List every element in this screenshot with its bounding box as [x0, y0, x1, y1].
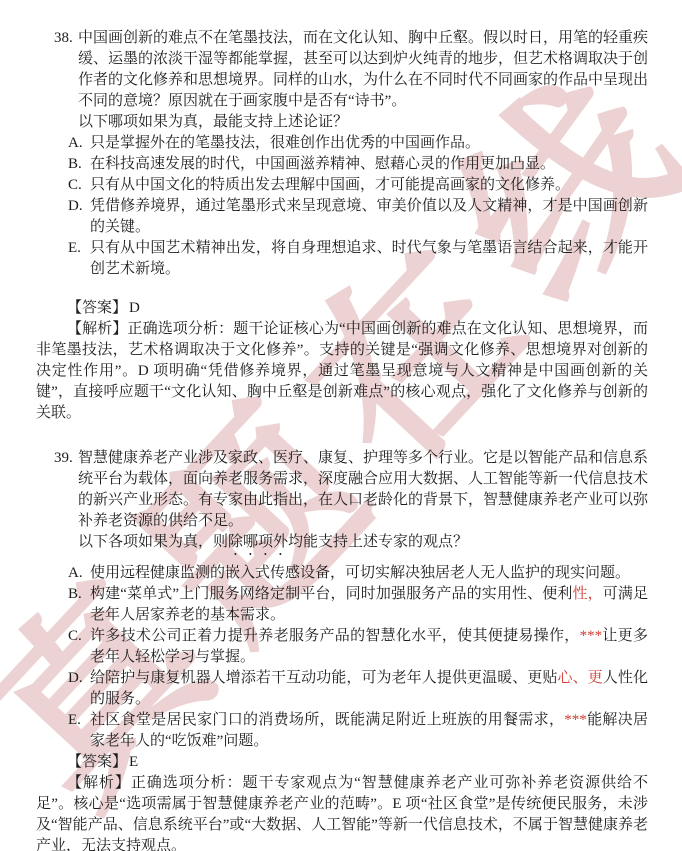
option-text: 凭借修养境界，通过笔墨形式来呈现意境、审美价值以及人文精神，才是中国画创新的关键…: [90, 198, 648, 235]
option-text-red: ***: [580, 628, 603, 644]
option-text: 在科技高速发展的时代，中国画滋养精神、慰藉心灵的作用更加凸显。: [90, 156, 555, 172]
option-text: 构建“菜单式”上门服务网络定制平台，同时加强服务产品的实用性、便利: [90, 586, 572, 602]
prompt-emphasized-text: 除哪项外: [228, 534, 288, 550]
question-39-option-e: E.社区食堂是居民家门口的消费场所，既能满足附近上班族的用餐需求，***能解决居…: [90, 710, 648, 752]
question-39-option-c: C.许多技术公司正着力提升养老服务产品的智慧化水平，使其便捷易操作，***让更多…: [90, 626, 648, 668]
question-38-option-b: B.在科技高速发展的时代，中国画滋养精神、慰藉心灵的作用更加凸显。: [90, 154, 648, 175]
option-label: E.: [68, 710, 81, 731]
option-label: A.: [68, 133, 83, 154]
option-label: B.: [68, 584, 82, 605]
question-39-option-b: B.构建“菜单式”上门服务网络定制平台，同时加强服务产品的实用性、便利性，可满足…: [90, 584, 648, 626]
option-text: 许多技术公司正着力提升养老服务产品的智慧化水平，使其便捷易操作，: [90, 628, 580, 644]
question-38-option-c: C.只有从中国文化的特质出发去理解中国画，才可能提高画家的文化修养。: [90, 175, 648, 196]
option-text-red: ***: [564, 712, 587, 728]
prompt-prefix: 以下各项如果为真，则: [78, 534, 228, 550]
option-label: A.: [68, 563, 83, 584]
option-text: 使用远程健康监测的嵌入式传感设备，可切实解决独居老人无人监护的现实问题。: [90, 565, 630, 581]
question-39-analysis: 【解析】正确选项分析：题干专家观点为“智慧健康养老产业可弥补养老资源供给不足”。…: [36, 773, 648, 851]
question-39-answer: 【答案】E: [67, 752, 682, 773]
option-label: C.: [68, 175, 82, 196]
spacer: [0, 280, 682, 298]
analysis-text: 正确选项分析：题干论证核心为“中国画创新的难点在文化认知、思想境界，而非笔墨技法…: [36, 321, 648, 421]
question-39-number: 39.: [54, 448, 73, 469]
option-text: 只是掌握外在的笔墨技法，很难创作出优秀的中国画作品。: [90, 135, 480, 151]
option-label: C.: [68, 626, 82, 647]
answer-label: 【答案】: [67, 300, 127, 316]
answer-value: E: [129, 754, 138, 770]
question-38-option-a: A.只是掌握外在的笔墨技法，很难创作出优秀的中国画作品。: [90, 133, 648, 154]
question-38-number: 38.: [54, 28, 73, 49]
question-38-analysis: 【解析】正确选项分析：题干论证核心为“中国画创新的难点在文化认知、思想境界，而非…: [36, 319, 648, 424]
option-label: D.: [68, 196, 83, 217]
answer-label: 【答案】: [67, 754, 127, 770]
document-page: 真题在线 38.中国画创新的难点不在笔墨技法，而在文化认知、胸中丘壑。假以时日，…: [0, 0, 682, 851]
answer-value: D: [129, 300, 140, 316]
question-38-prompt: 以下哪项如果为真，最能支持上述论证？: [78, 112, 648, 133]
option-label: D.: [68, 668, 83, 689]
analysis-label: 【解析】: [67, 775, 131, 791]
question-39-option-a: A.使用远程健康监测的嵌入式传感设备，可切实解决独居老人无人监护的现实问题。: [90, 563, 648, 584]
question-38-option-d: D.凭借修养境界，通过笔墨形式来呈现意境、审美价值以及人文精神，才是中国画创新的…: [90, 196, 648, 238]
option-text-red: 心、更: [558, 670, 603, 686]
question-38-answer: 【答案】D: [67, 298, 682, 319]
option-text-red: 性，: [572, 586, 602, 602]
option-text: 只有从中国艺术精神出发，将自身理想追求、时代气象与笔墨语言结合起来，才能开创艺术…: [90, 240, 648, 277]
question-38-stem: 38.中国画创新的难点不在笔墨技法，而在文化认知、胸中丘壑。假以时日，用笔的轻重…: [78, 28, 648, 112]
prompt-suffix: 均能支持上述专家的观点？: [288, 534, 468, 550]
question-39-option-d: D.给陪护与康复机器人增添若干互动功能，可为老年人提供更温暖、更贴心、更人性化的…: [90, 668, 648, 710]
option-text: 只有从中国文化的特质出发去理解中国画，才可能提高画家的文化修养。: [90, 177, 570, 193]
analysis-label: 【解析】: [67, 321, 127, 337]
question-39-stem: 39.智慧健康养老产业涉及家政、医疗、康复、护理等多个行业。它是以智能产品和信息…: [78, 448, 648, 532]
option-text: 给陪护与康复机器人增添若干互动功能，可为老年人提供更温暖、更贴: [90, 670, 558, 686]
question-38-stem-text: 中国画创新的难点不在笔墨技法，而在文化认知、胸中丘壑。假以时日，用笔的轻重疾缓、…: [78, 30, 648, 109]
question-39-stem-text: 智慧健康养老产业涉及家政、医疗、康复、护理等多个行业。它是以智能产品和信息系统平…: [78, 450, 648, 529]
document-content: 38.中国画创新的难点不在笔墨技法，而在文化认知、胸中丘壑。假以时日，用笔的轻重…: [0, 0, 682, 851]
question-39-prompt: 以下各项如果为真，则除哪项外均能支持上述专家的观点？: [78, 532, 648, 559]
question-38-option-e: E.只有从中国艺术精神出发，将自身理想追求、时代气象与笔墨语言结合起来，才能开创…: [90, 238, 648, 280]
spacer: [0, 424, 682, 448]
option-text: 社区食堂是居民家门口的消费场所，既能满足附近上班族的用餐需求，: [90, 712, 564, 728]
option-label: E.: [68, 238, 81, 259]
option-label: B.: [68, 154, 82, 175]
